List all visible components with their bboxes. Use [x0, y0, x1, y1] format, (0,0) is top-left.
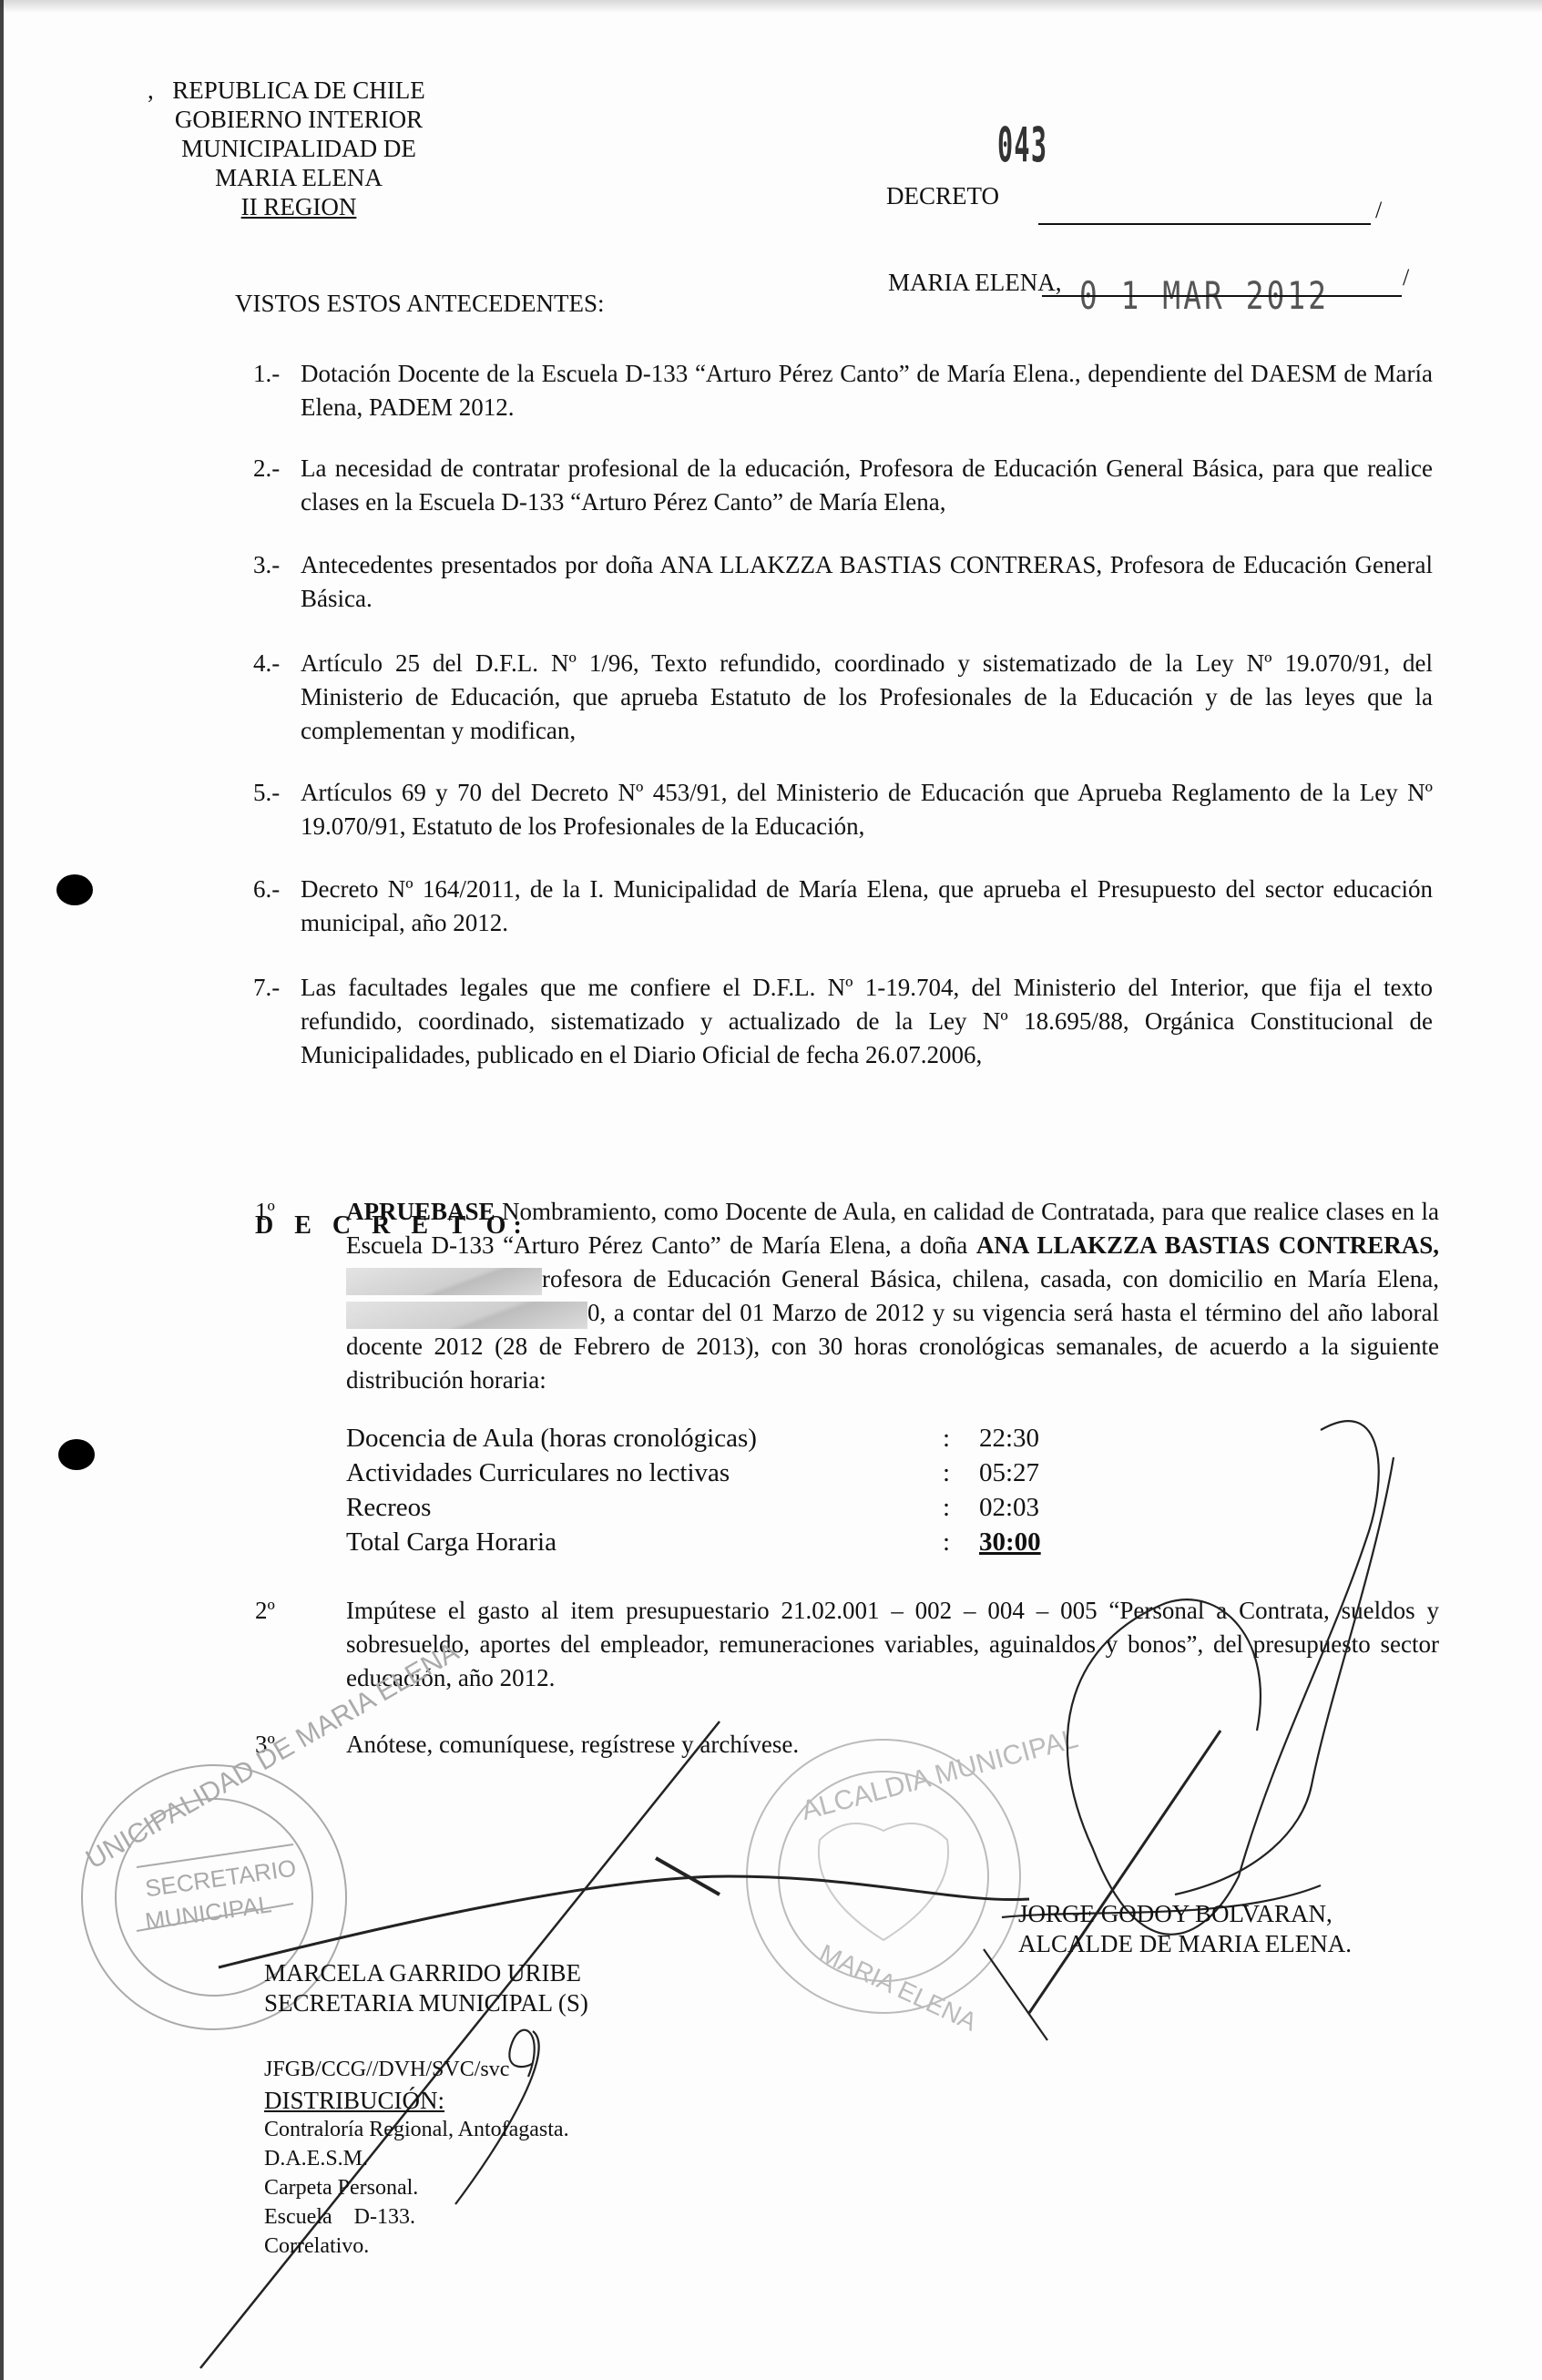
- scan-shadow: [0, 0, 1542, 13]
- alcalde-signature-block: JORGE GODOY BOLVARAN, ALCALDE DE MARIA E…: [1018, 1899, 1352, 1959]
- distribution-item: Contraloría Regional, Antofagasta.: [264, 2115, 569, 2144]
- distribution-item: D.A.E.S.M.: [264, 2144, 569, 2173]
- punch-hole-icon: [56, 874, 93, 905]
- scan-edge: [0, 0, 4, 2380]
- antecedente-item: 3.- Antecedentes presentados por doña AN…: [253, 548, 1433, 616]
- hours-row: Docencia de Aula (horas cronológicas):22…: [346, 1421, 1041, 1456]
- antecedente-item: 2.- La necesidad de contratar profesiona…: [253, 452, 1433, 519]
- hours-row: Actividades Curriculares no lectivas:05:…: [346, 1456, 1041, 1490]
- secretaria-name: MARCELA GARRIDO URIBE: [264, 1958, 588, 1988]
- hours-row: Recreos:02:03: [346, 1490, 1041, 1525]
- secretaria-signature-block: MARCELA GARRIDO URIBE SECRETARIA MUNICIP…: [264, 1958, 588, 2018]
- document-page: , REPUBLICA DE CHILE GOBIERNO INTERIOR M…: [0, 0, 1542, 2380]
- letterhead-line: REPUBLICA DE CHILE: [135, 76, 463, 105]
- initials: JFGB/CCG//DVH/SVC/svc: [264, 2055, 509, 2084]
- decree-label: DECRETO: [886, 182, 999, 210]
- distribution-title: DISTRIBUCIÓN:: [264, 2086, 569, 2115]
- place-label: MARIA ELENA,: [888, 269, 1062, 297]
- antecedente-item: 7.- Las facultades legales que me confie…: [253, 971, 1433, 1072]
- letterhead: , REPUBLICA DE CHILE GOBIERNO INTERIOR M…: [135, 76, 463, 221]
- decree-article-3: 3º Anótese, comuníquese, regístrese y ar…: [255, 1728, 1439, 1762]
- hours-total-row: Total Carga Horaria:30:00: [346, 1525, 1041, 1559]
- antecedente-item: 6.- Decreto Nº 164/2011, de la I. Munici…: [253, 873, 1433, 940]
- alcalde-name: JORGE GODOY BOLVARAN,: [1018, 1899, 1352, 1929]
- decree-article-1: 1º APRUEBASE Nombramiento, como Docente …: [255, 1195, 1439, 1397]
- alcalde-title: ALCALDE DE MARIA ELENA.: [1018, 1929, 1352, 1959]
- letterhead-line: MARIA ELENA: [135, 163, 463, 192]
- distribution-item: Escuela D-133.: [264, 2202, 569, 2232]
- letterhead-region: II REGION: [241, 193, 357, 220]
- svg-text:MARIA ELENA: MARIA ELENA: [815, 1939, 982, 2037]
- svg-text:MUNICIPAL: MUNICIPAL: [143, 1890, 272, 1935]
- antecedente-item: 1.- Dotación Docente de la Escuela D-133…: [253, 357, 1433, 424]
- letterhead-line: MUNICIPALIDAD DE: [135, 134, 463, 163]
- redacted-field: [346, 1302, 587, 1329]
- redacted-field: [346, 1268, 542, 1295]
- alcaldia-stamp-icon: ALCALDIA MUNICIPAL MARIA ELENA: [747, 1723, 1081, 2036]
- distribution-item: Correlativo.: [264, 2232, 569, 2261]
- punch-hole-icon: [58, 1439, 95, 1470]
- date-line: [1042, 295, 1402, 297]
- vistos-title: VISTOS ESTOS ANTECEDENTES:: [235, 290, 605, 318]
- antecedente-item: 5.- Artículos 69 y 70 del Decreto Nº 453…: [253, 776, 1433, 843]
- secretaria-title: SECRETARIA MUNICIPAL (S): [264, 1988, 588, 2018]
- letterhead-line: GOBIERNO INTERIOR: [135, 105, 463, 134]
- distribution-list: DISTRIBUCIÓN: Contraloría Regional, Anto…: [264, 2086, 569, 2261]
- distribution-item: Carpeta Personal.: [264, 2173, 569, 2202]
- decree-number-line: [1038, 223, 1371, 225]
- decree-article-2: 2º Impútese el gasto al item presupuesta…: [255, 1594, 1439, 1695]
- svg-text:SECRETARIO: SECRETARIO: [143, 1854, 298, 1902]
- decree-number: 043: [997, 117, 1047, 173]
- antecedente-item: 4.- Artículo 25 del D.F.L. Nº 1/96, Text…: [253, 647, 1433, 748]
- hour-distribution-table: Docencia de Aula (horas cronológicas):22…: [346, 1421, 1041, 1559]
